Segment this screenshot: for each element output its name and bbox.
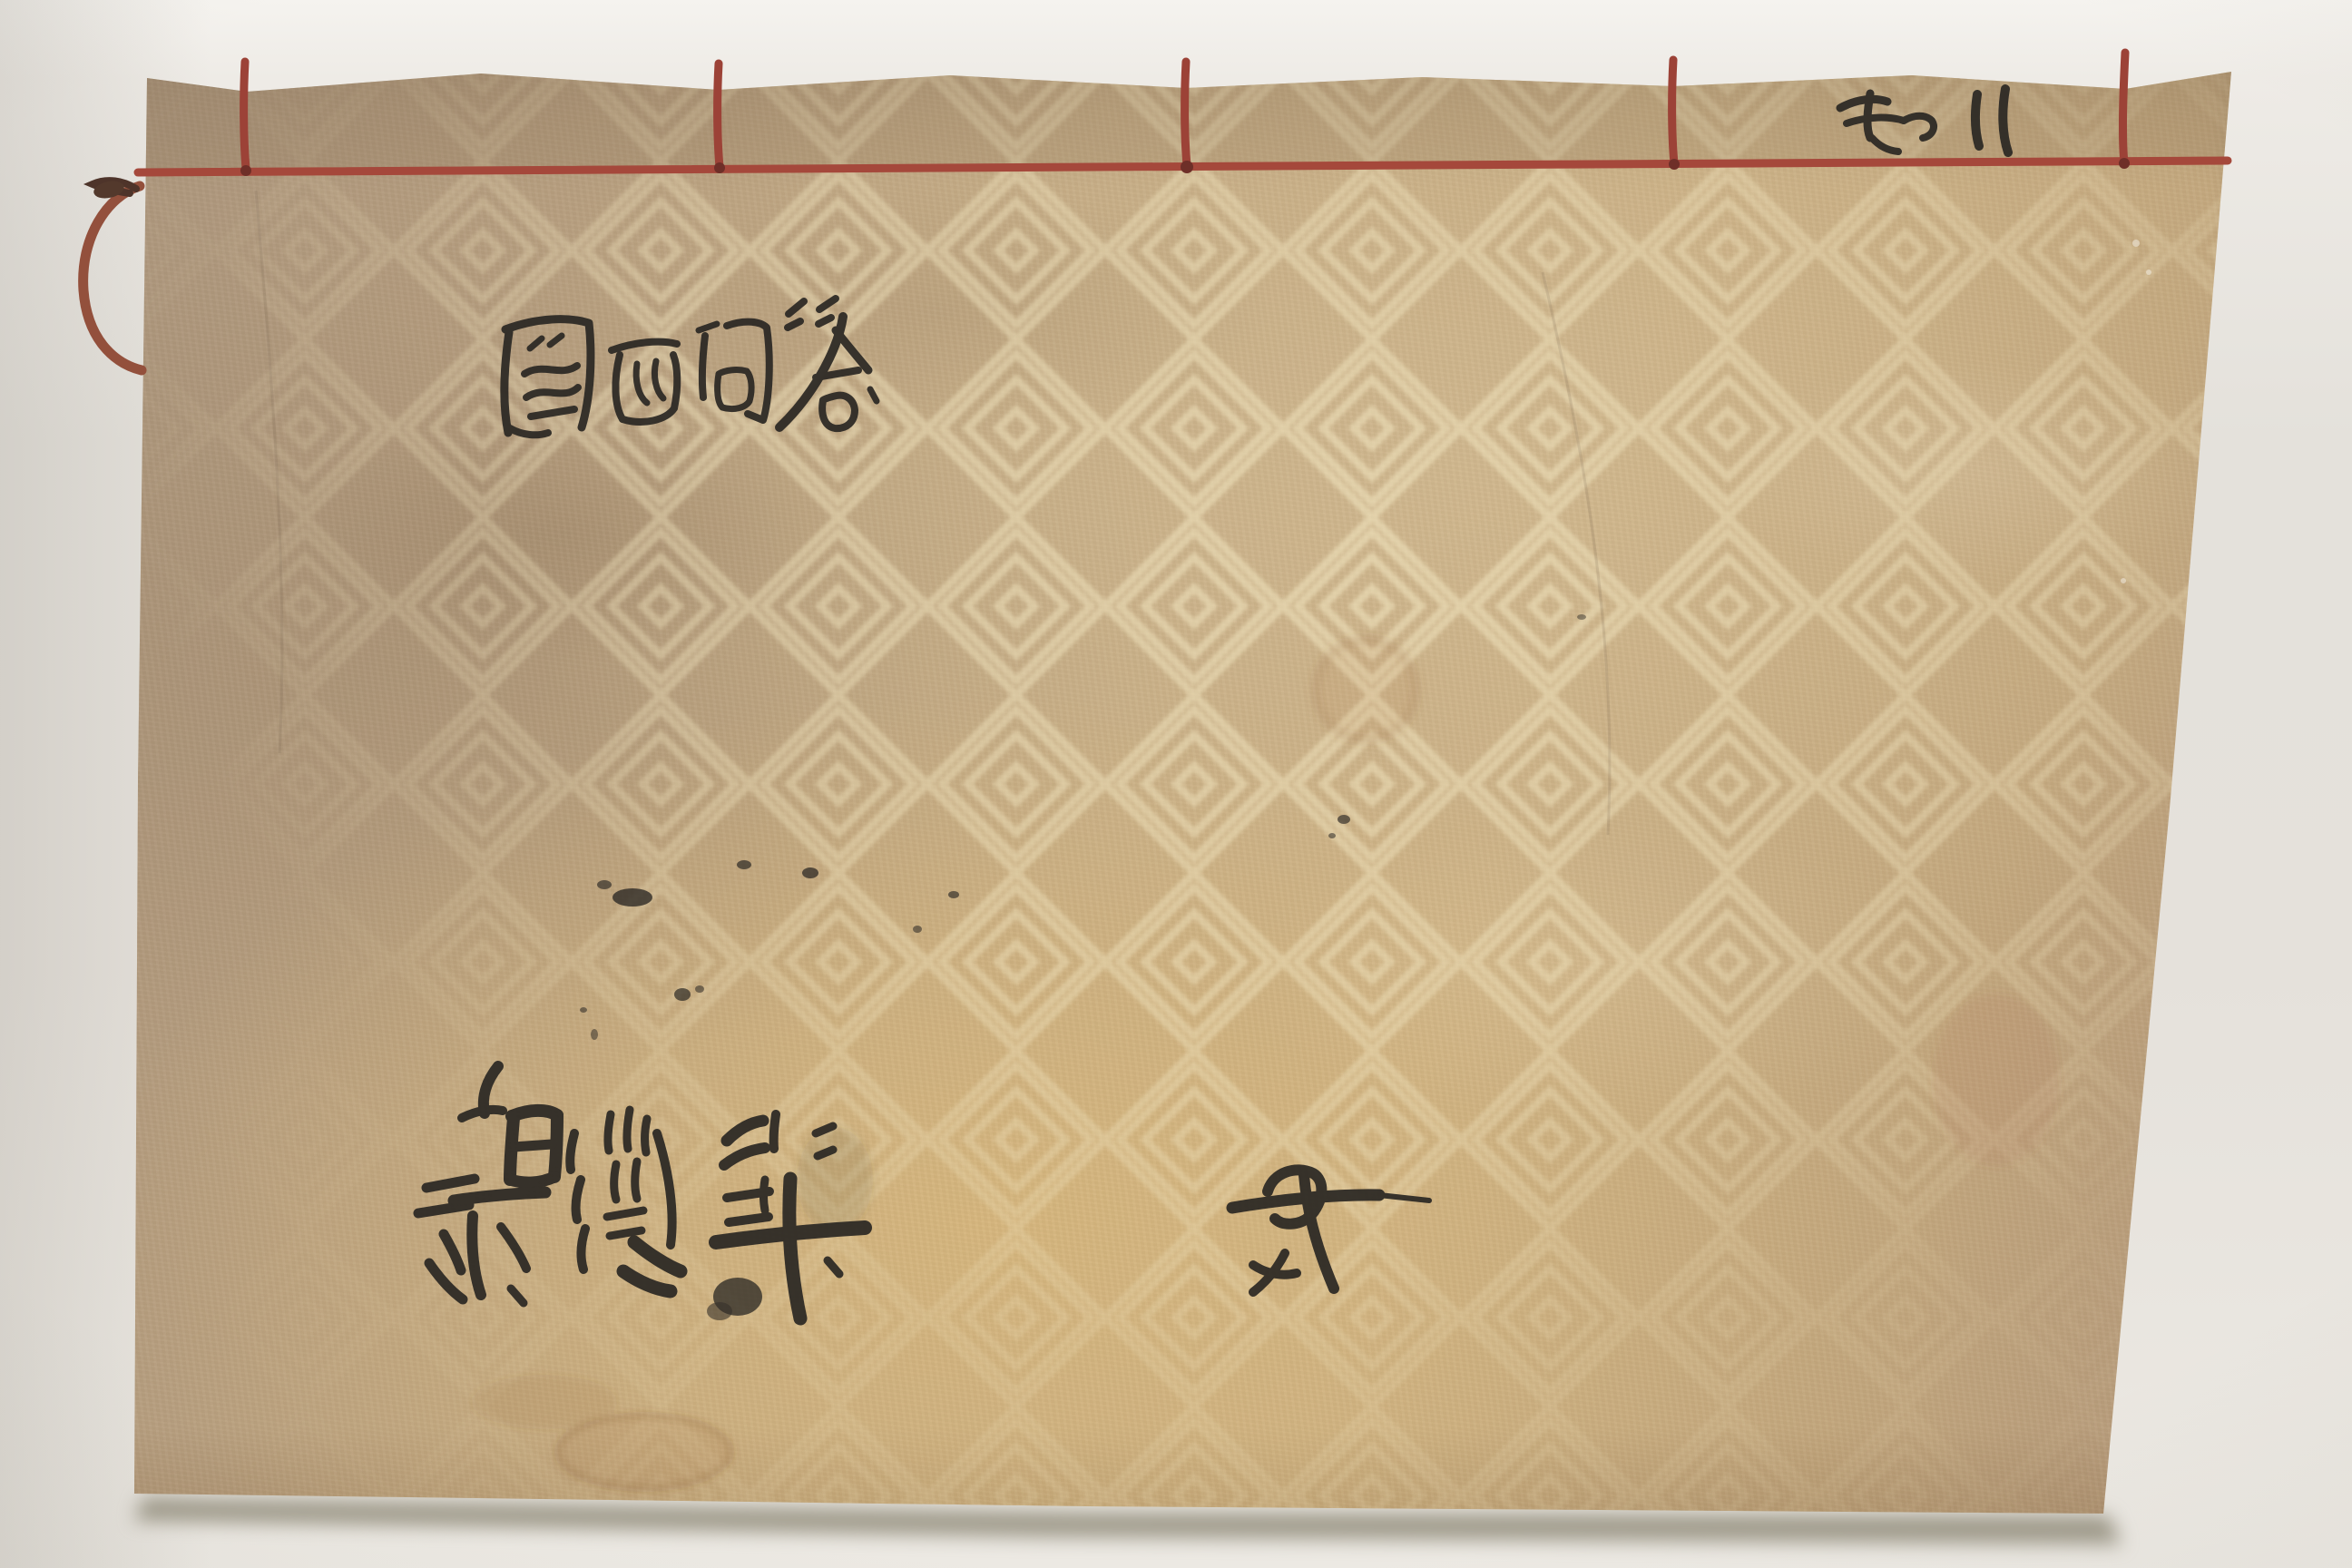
thread-loop: [83, 186, 142, 370]
photo-scene: 共二 關西問答 潛溪集 坤: [0, 0, 2352, 1568]
damask-pattern: [127, 64, 2241, 1524]
cover-artwork: [0, 0, 2352, 1568]
